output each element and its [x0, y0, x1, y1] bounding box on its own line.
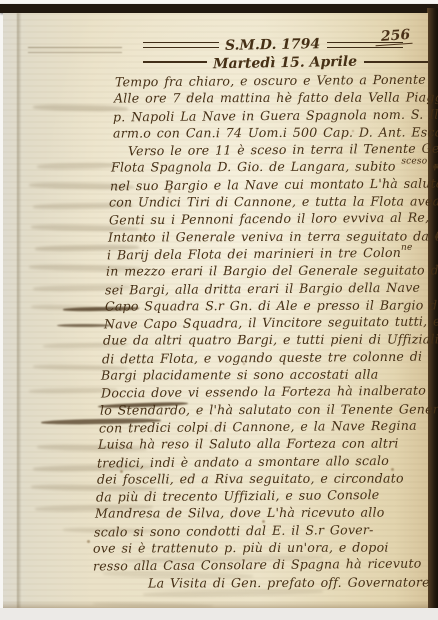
bleedthrough-line [29, 182, 134, 190]
bleedthrough-line [29, 264, 141, 272]
manuscript-line: nel suo Bargio e la Nave cui montato L'h… [110, 175, 431, 195]
foxing-spot [140, 236, 144, 240]
manuscript-line: Verso le ore 11 è sceso in terra il Tene… [128, 141, 431, 161]
bleedthrough-line [35, 244, 139, 252]
manuscript-line: in mezzo erari il Bargio del Generale se… [106, 263, 431, 281]
date-heading-row: Martedì 15. Aprile [143, 55, 428, 71]
manuscript-line: con Undici Tiri di Cannone, e tutta la F… [109, 194, 431, 212]
book-frame-top-edge [0, 4, 438, 13]
page-bottom-edge [3, 601, 428, 608]
foxing-spot [300, 583, 302, 585]
bleedthrough-line [33, 284, 131, 292]
manuscript-line: dei foscelli, ed a Riva seguitato, e cir… [97, 470, 431, 488]
manuscript-line: Intanto il Generale veniva in terra segu… [108, 228, 431, 246]
bleedthrough-line [35, 504, 153, 512]
foxing-spot [262, 520, 265, 523]
bleedthrough-line [33, 202, 133, 210]
bleedthrough-line [43, 342, 128, 348]
foxing-spot [168, 190, 171, 193]
bleedthrough-line [37, 162, 117, 169]
manuscript-line: Bargi placidamente si sono accostati all… [101, 366, 431, 384]
ink-smudge [41, 418, 161, 425]
foxing-spot [391, 468, 394, 471]
manuscript-line: La Visita di Gen. prefato off. Governato… [148, 574, 431, 592]
ink-smudge [98, 401, 188, 408]
ink-smudge [57, 324, 111, 327]
date-rule-left [143, 61, 207, 65]
scanner-background-strip [0, 608, 438, 620]
year-heading: S.M.D. 1794 [219, 36, 326, 54]
bleedthrough-line [63, 527, 153, 534]
manuscript-line: da più di trecento Uffiziali, e suo Cons… [96, 487, 431, 507]
manuscript-line: con tredici colpi di Cannone, e la Nave … [99, 417, 431, 437]
manuscript-line: Nave Capo Squadra, il Vincitore seguitat… [104, 314, 431, 334]
heading-rule-right [327, 42, 403, 48]
bleedthrough-line [31, 484, 156, 492]
bleedthrough-line [143, 588, 323, 597]
bleedthrough-line [37, 444, 147, 452]
manuscript-text-block: Tempo fra chiaro, e oscuro e Vento a Pon… [91, 73, 431, 592]
date-heading: Martedì 15. Aprile [207, 54, 363, 73]
manuscript-line: due da altri quatro Bargi, e tutti pieni… [103, 332, 431, 350]
manuscript-line: tredici, indi è andato a smontare allo s… [97, 452, 431, 472]
manuscript-line: scalo si sono condotti dal E. il S.r Gov… [94, 521, 431, 541]
manuscript-line: Mandresa de Silva, dove L'hà ricevuto al… [95, 505, 431, 523]
struck-word: montato [433, 159, 438, 174]
binding-crease [17, 13, 21, 608]
manuscript-line: Flota Spagnola D. Gio. de Langara, subit… [111, 159, 431, 177]
manuscript-line: Luisa hà reso il Saluto alla Forteza con… [98, 436, 431, 454]
inserted-word: sceso [401, 157, 427, 167]
bleedthrough-line [103, 571, 253, 580]
manuscript-line: Doccia dove vi essendo la Forteza hà ina… [101, 383, 432, 403]
manuscript-line: Tempo fra chiaro, e oscuro e Vento a Pon… [115, 72, 431, 92]
manuscript-line: p. Napoli La Nave in Guera Spagnola nom.… [113, 106, 431, 126]
manuscript-line: resso alla Casa Consolare di Spagna hà r… [93, 556, 432, 576]
foxing-spot [313, 273, 315, 275]
page-number: 256 [374, 27, 412, 47]
manuscript-page: 256 S.M.D. 1794 Martedì 15. Aprile Tempo… [3, 13, 428, 608]
bleedthrough-line [31, 224, 139, 232]
manuscript-line: Capo Squadra S.r Gn. di Ale e presso il … [105, 297, 431, 315]
bleedthrough-line [33, 104, 128, 112]
ink-smudge [63, 306, 139, 311]
foxing-spot [352, 130, 354, 132]
year-heading-row: S.M.D. 1794 [143, 37, 403, 53]
heading-rule-left [143, 42, 219, 48]
inserted-word: ne [401, 243, 413, 253]
foxing-spot [120, 470, 123, 473]
bleedthrough-line [29, 387, 117, 394]
foxing-spot [243, 363, 245, 365]
manuscript-line: Genti su i Pennoni facendo il loro evviv… [109, 210, 432, 230]
manuscript-line: sei Bargi, alla dritta erari il Bargio d… [105, 279, 431, 299]
manuscript-line: i Barij dela Flota dei marinieri in tre … [107, 245, 431, 265]
manuscript-line: di detta Flota, e vogando queste tre col… [102, 348, 431, 368]
struck-word: tutti [435, 228, 438, 243]
foxing-spot [87, 540, 90, 543]
bleedthrough-header-rule [28, 47, 122, 53]
manuscript-line: lo Stendardo, e l'hà salutato con il Ten… [100, 401, 431, 419]
manuscript-line: arm.o con Can.i 74 Uom.i 500 Cap. D. Ant… [113, 124, 431, 142]
manuscript-line: ove si è trattenuto p. più di un'ora, e … [93, 539, 431, 557]
bleedthrough-line [123, 554, 323, 563]
bleedthrough-line [31, 304, 101, 310]
bleedthrough-line [33, 364, 128, 371]
date-rule-right [364, 61, 428, 65]
foxing-spot [187, 95, 190, 98]
bleedthrough-line [33, 464, 153, 472]
manuscript-photo: 256 S.M.D. 1794 Martedì 15. Aprile Tempo… [0, 0, 438, 620]
foxing-spot [210, 430, 212, 432]
manuscript-line: Alle ore 7 dela mattina hè fatto dela Ve… [114, 90, 431, 108]
